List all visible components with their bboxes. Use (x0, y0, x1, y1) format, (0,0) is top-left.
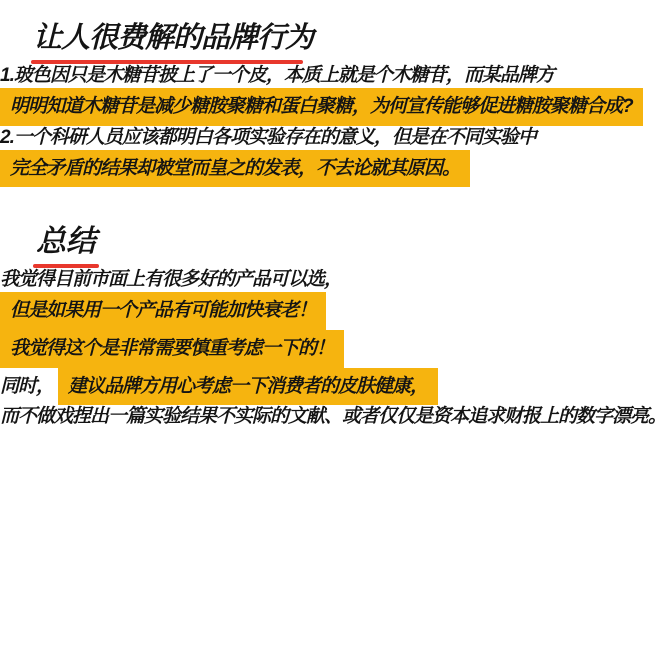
post-card: 让人很费解的品牌行为 1.玻色因只是木糖苷披上了一个皮，本质上就是个木糖苷，而某… (0, 0, 660, 660)
summary-line-1: 我觉得目前市面上有很多好的产品可以选， (0, 268, 660, 292)
point-2-text: 2.一个科研人员应该都明白各项实验存在的意义，但是在不同实验中 (0, 126, 660, 150)
page-title: 让人很费解的品牌行为 (33, 22, 660, 55)
point-1-highlight-row: 明明知道木糖苷是减少糖胺聚糖和蛋白聚糖，为何宣传能够促进糖胺聚糖合成? (0, 88, 660, 126)
section-summary: 总结 我觉得目前市面上有很多好的产品可以选， 但是如果用一个产品有可能加快衰老！… (0, 225, 660, 429)
summary-highlight-1: 但是如果用一个产品有可能加快衰老！ (0, 292, 326, 330)
point-1-text: 1.玻色因只是木糖苷披上了一个皮，本质上就是个木糖苷，而某品牌方 (0, 64, 660, 88)
summary-highlight-row-2: 我觉得这个是非常需要慎重考虑一下的！ (0, 330, 660, 368)
summary-mixed-row: 同时，建议品牌方用心考虑一下消费者的皮肤健康， (0, 368, 660, 406)
summary-title: 总结 (36, 225, 660, 258)
summary-last-line: 而不做戏捏出一篇实验结果不实际的文献、或者仅仅是资本追求财报上的数字漂亮。 (0, 405, 660, 429)
point-1-highlight: 明明知道木糖苷是减少糖胺聚糖和蛋白聚糖，为何宣传能够促进糖胺聚糖合成? (0, 88, 643, 126)
summary-highlight-row-1: 但是如果用一个产品有可能加快衰老！ (0, 292, 660, 330)
section-brand-behavior: 让人很费解的品牌行为 1.玻色因只是木糖苷披上了一个皮，本质上就是个木糖苷，而某… (0, 22, 660, 187)
summary-highlight-3: 建议品牌方用心考虑一下消费者的皮肤健康， (58, 368, 438, 406)
summary-highlight-2: 我觉得这个是非常需要慎重考虑一下的！ (0, 330, 344, 368)
point-2-highlight-row: 完全矛盾的结果却被堂而皇之的发表，不去论就其原因。 (0, 150, 660, 188)
summary-mixed-prefix: 同时， (0, 376, 54, 397)
point-2-highlight: 完全矛盾的结果却被堂而皇之的发表，不去论就其原因。 (0, 150, 470, 188)
